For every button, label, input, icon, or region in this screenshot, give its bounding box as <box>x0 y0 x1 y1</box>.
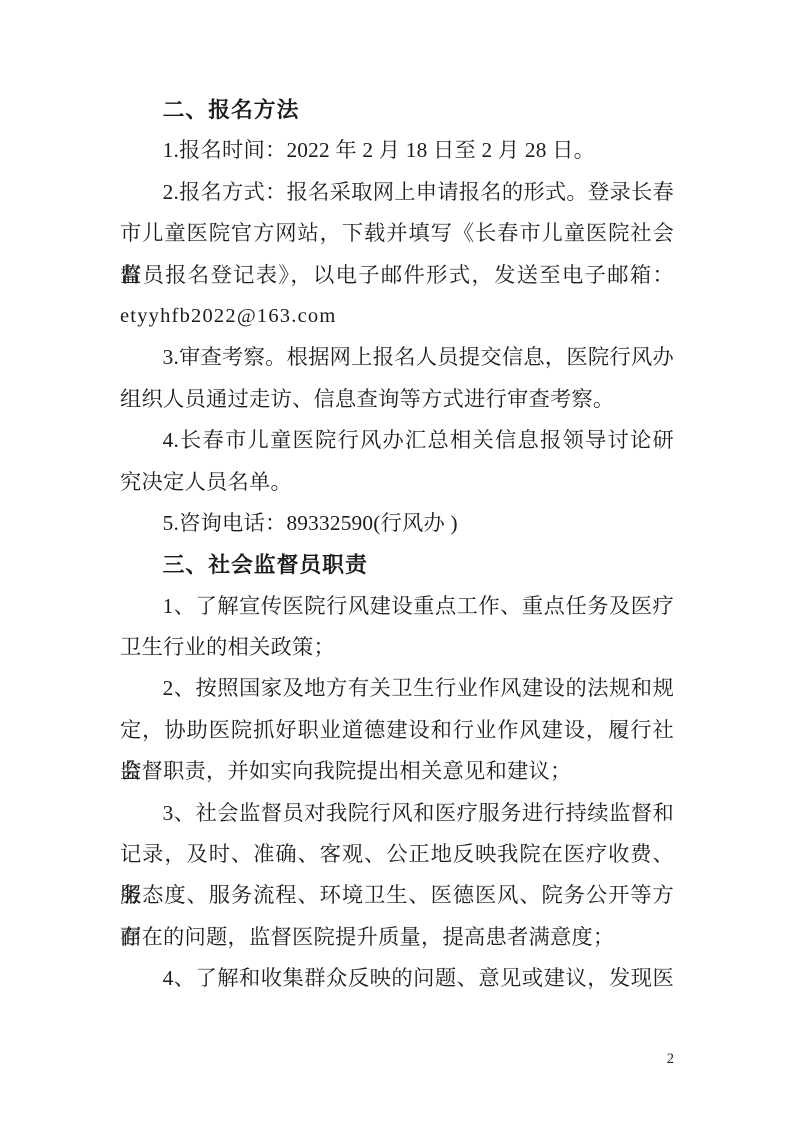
duty-2-line-1: 2、按照国家及地方有关卫生行业作风建设的法规和规 <box>120 668 674 709</box>
duty-1-line-1: 1、了解宣传医院行风建设重点工作、重点任务及医疗 <box>120 586 674 627</box>
duty-3-line-2: 记录，及时、准确、客观、公正地反映我院在医疗收费、服 <box>120 834 674 875</box>
paragraph-registration-way-line-3: 督员报名登记表》，以电子邮件形式，发送至电子邮箱： <box>120 255 674 296</box>
email-address: etyyhfb2022@163.com <box>120 296 674 337</box>
paragraph-review-line-1: 3.审查考察。根据网上报名人员提交信息，医院行风办 <box>120 337 674 378</box>
paragraph-registration-way-line-1: 2.报名方式：报名采取网上申请报名的形式。登录长春 <box>120 172 674 213</box>
paragraph-registration-time: 1.报名时间：2022 年 2 月 18 日至 2 月 28 日。 <box>120 130 674 171</box>
paragraph-phone: 5.咨询电话：89332590(行风办 ) <box>120 503 674 544</box>
paragraph-registration-way-line-2: 市儿童医院官方网站，下载并填写《长春市儿童医院社会监 <box>120 213 674 254</box>
duty-3-line-3: 务态度、服务流程、环境卫生、医德医风、院务公开等方面 <box>120 875 674 916</box>
duty-3-line-4: 存在的问题，监督医院提升质量，提高患者满意度； <box>120 917 674 958</box>
page-number: 2 <box>667 1049 674 1069</box>
document-page: 二、报名方法 1.报名时间：2022 年 2 月 18 日至 2 月 28 日。… <box>0 0 794 1123</box>
section-heading-supervisor-duties: 三、社会监督员职责 <box>120 544 674 585</box>
duty-3-line-1: 3、社会监督员对我院行风和医疗服务进行持续监督和 <box>120 793 674 834</box>
duty-4-line-1: 4、了解和收集群众反映的问题、意见或建议，发现医 <box>120 958 674 999</box>
duty-1-line-2: 卫生行业的相关政策； <box>120 627 674 668</box>
paragraph-decision-line-2: 究决定人员名单。 <box>120 462 674 503</box>
duty-2-line-3: 监督职责，并如实向我院提出相关意见和建议； <box>120 751 674 792</box>
section-heading-registration-method: 二、报名方法 <box>120 89 674 130</box>
paragraph-review-line-2: 组织人员通过走访、信息查询等方式进行审查考察。 <box>120 379 674 420</box>
document-body: 二、报名方法 1.报名时间：2022 年 2 月 18 日至 2 月 28 日。… <box>120 89 674 1000</box>
duty-2-line-2: 定，协助医院抓好职业道德建设和行业作风建设，履行社会 <box>120 710 674 751</box>
paragraph-decision-line-1: 4.长春市儿童医院行风办汇总相关信息报领导讨论研 <box>120 420 674 461</box>
